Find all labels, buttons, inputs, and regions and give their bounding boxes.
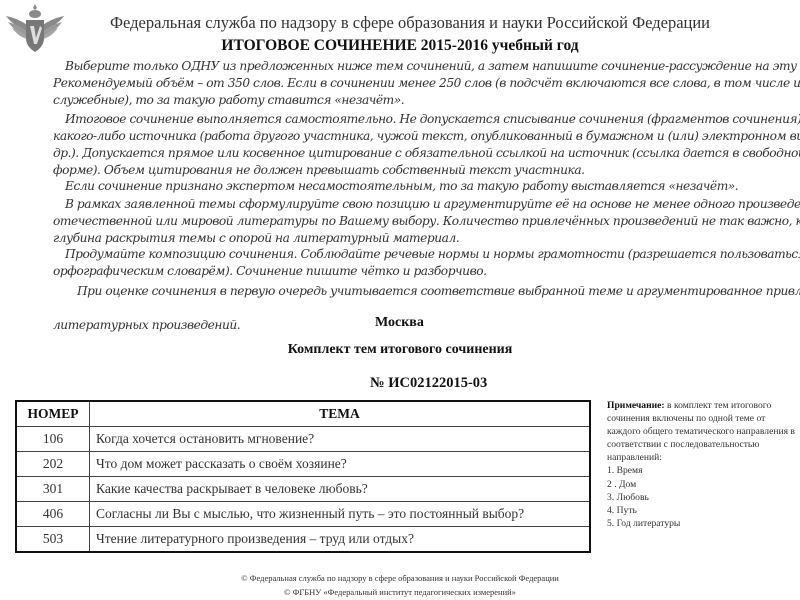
topic-text: Что дом может рассказать о своём хозяине… [90, 452, 591, 477]
topic-set-number: № ИС02122015-03 [370, 375, 487, 392]
topic-text: Согласны ли Вы с мыслью, что жизненный п… [90, 502, 591, 527]
table-header-row: НОМЕР ТЕМА [16, 401, 590, 427]
note-item: 1. Время [607, 464, 797, 477]
instruction-paragraph-independence: Итоговое сочинение выполняется самостоят… [53, 111, 773, 179]
instruction-paragraph-argumentation: В рамках заявленной темы сформулируйте с… [53, 196, 773, 247]
instruction-paragraph-plagiarism: Если сочинение признано экспертом несамо… [53, 178, 773, 195]
text-line: отечественной или мировой литературы по … [53, 213, 773, 230]
topic-text: Когда хочется остановить мгновение? [90, 427, 591, 452]
topic-number: 406 [16, 502, 90, 527]
table-row: 301 Какие качества раскрывает в человеке… [16, 477, 590, 502]
city-label: Москва [375, 315, 424, 331]
text-line: При оценке сочинения в первую очередь уч… [53, 283, 773, 300]
table-row: 106 Когда хочется остановить мгновение? [16, 427, 590, 452]
text-line: Выберите только ОДНУ из предложенных ниж… [53, 58, 773, 75]
column-header-topic: ТЕМА [90, 401, 591, 427]
note-block: Примечание: в комплект тем итогового соч… [607, 399, 797, 530]
organization-title: Федеральная служба по надзору в сфере об… [80, 13, 740, 33]
topic-set-title: Комплект тем итогового сочинения [0, 342, 800, 358]
table-row: 406 Согласны ли Вы с мыслью, что жизненн… [16, 502, 590, 527]
topic-text: Какие качества раскрывает в человеке люб… [90, 477, 591, 502]
text-line: глубина раскрытия темы с опорой на литер… [53, 230, 773, 247]
topics-table: НОМЕР ТЕМА 106 Когда хочется остановить … [15, 400, 591, 553]
text-line: какого-либо источника (работа другого уч… [53, 128, 773, 145]
topic-number: 503 [16, 527, 90, 553]
note-item: 5. Год литературы [607, 517, 797, 530]
instruction-paragraph-evaluation: При оценке сочинения в первую очередь уч… [53, 283, 773, 300]
document-title: ИТОГОВОЕ СОЧИНЕНИЕ 2015-2016 учебный год [0, 37, 800, 55]
text-line: др.). Допускается прямое или косвенное ц… [53, 145, 773, 162]
text-line: Если сочинение признано экспертом несамо… [53, 178, 773, 195]
text-line: В рамках заявленной темы сформулируйте с… [53, 196, 773, 213]
topic-number: 301 [16, 477, 90, 502]
note-label: Примечание: [607, 400, 665, 411]
copyright-rosobrnadzor: © Федеральная служба по надзору в сфере … [0, 573, 800, 583]
text-line: форме). Объем цитирования не должен прев… [53, 162, 773, 179]
topic-number: 106 [16, 427, 90, 452]
note-item: 3. Любовь [607, 491, 797, 504]
text-line: Итоговое сочинение выполняется самостоят… [53, 111, 773, 128]
table-row: 202 Что дом может рассказать о своём хоз… [16, 452, 590, 477]
instruction-paragraph-word-count: Выберите только ОДНУ из предложенных ниж… [53, 58, 773, 109]
table-row: 503 Чтение литературного произведения – … [16, 527, 590, 553]
text-line: служебные), то за такую работу ставится … [53, 92, 773, 109]
note-item: 4. Путь [607, 504, 797, 517]
column-header-number: НОМЕР [16, 401, 90, 427]
topic-text: Чтение литературного произведения – труд… [90, 527, 591, 553]
topic-number: 202 [16, 452, 90, 477]
text-line: орфографическим словарём). Сочинение пиш… [53, 263, 773, 280]
text-line: Продумайте композицию сочинения. Соблюда… [53, 246, 773, 263]
text-line: Рекомендуемый объём – от 350 слов. Если … [53, 75, 773, 92]
copyright-fipi: © ФГБНУ «Федеральный институт педагогиче… [0, 587, 800, 597]
instruction-paragraph-composition: Продумайте композицию сочинения. Соблюда… [53, 246, 773, 280]
note-item: 2 . Дом [607, 478, 797, 491]
